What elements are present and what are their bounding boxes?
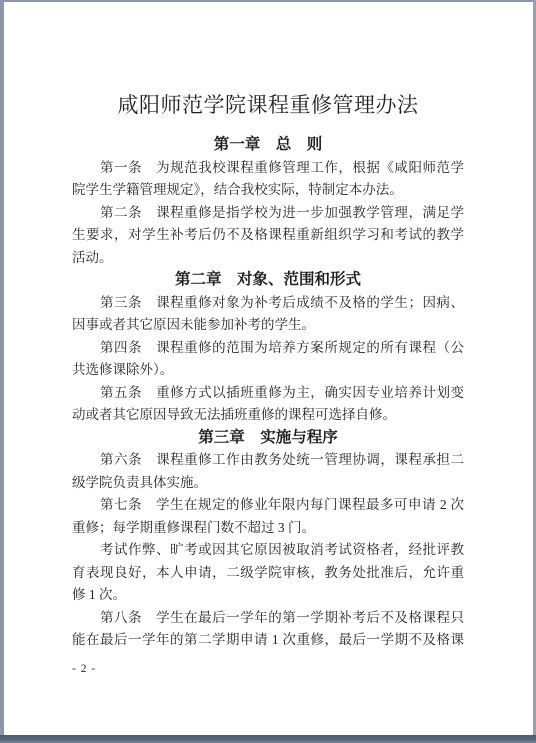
text-line: 重修；每学期重修课程门数不超过 3 门。 [72,517,464,540]
text-line: 动或者其它原因导致无法插班重修的课程可选择自修。 [72,404,464,427]
chapter-heading: 第一章 总 则 [72,134,464,157]
text-line: 育表现良好，本人申请，二级学院审核，教务处批准后，允许重 [72,562,464,585]
text-line: 院学生学籍管理规定》，结合我校实际，特制定本办法。 [72,179,464,202]
text-line: 活动。 [72,247,464,270]
text-line: 共选修课除外）。 [72,359,464,382]
text-line: 第五条 重修方式以插班重修为主，确实因专业培养计划变 [72,382,464,405]
text-line: 第一条 为规范我校课程重修管理工作，根据《咸阳师范学 [72,157,464,180]
text-line: 因事或者其它原因未能参加补考的学生。 [72,314,464,337]
page-number: - 2 - [72,663,96,675]
text-line: 第六条 课程重修工作由教务处统一管理协调，课程承担二 [72,449,464,472]
text-line: 级学院负责具体实施。 [72,472,464,495]
page-edge-bottom [0,735,536,743]
text-line: 修 1 次。 [72,584,464,607]
text-line: 能在最后一学年的第二学期申请 1 次重修，最后一学期不及格课 [72,629,464,652]
page-title: 咸阳师范学院课程重修管理办法 [40,89,496,119]
document-page: 咸阳师范学院课程重修管理办法 第一章 总 则 第一条 为规范我校课程重修管理工作… [0,0,536,743]
text-line: 第四条 课程重修的范围为培养方案所规定的所有课程（公 [72,337,464,360]
text-line: 第三条 课程重修对象为补考后成绩不及格的学生；因病、 [72,292,464,315]
page-edge-left [0,0,4,743]
text-line: 第八条 学生在最后一学年的第一学期补考后不及格课程只 [72,607,464,630]
chapter-heading: 第三章 实施与程序 [72,427,464,450]
chapter-heading: 第二章 对象、范围和形式 [72,269,464,292]
text-line: 第二条 课程重修是指学校为进一步加强教学管理，满足学 [72,202,464,225]
document-body: 第一章 总 则 第一条 为规范我校课程重修管理工作，根据《咸阳师范学 院学生学籍… [72,134,464,652]
text-line: 生要求，对学生补考后仍不及格课程重新组织学习和考试的教学 [72,224,464,247]
text-line: 第七条 学生在规定的修业年限内每门课程最多可申请 2 次 [72,494,464,517]
page-edge-top [0,0,536,2]
text-line: 考试作弊、旷考或因其它原因被取消考试资格者，经批评教 [72,539,464,562]
